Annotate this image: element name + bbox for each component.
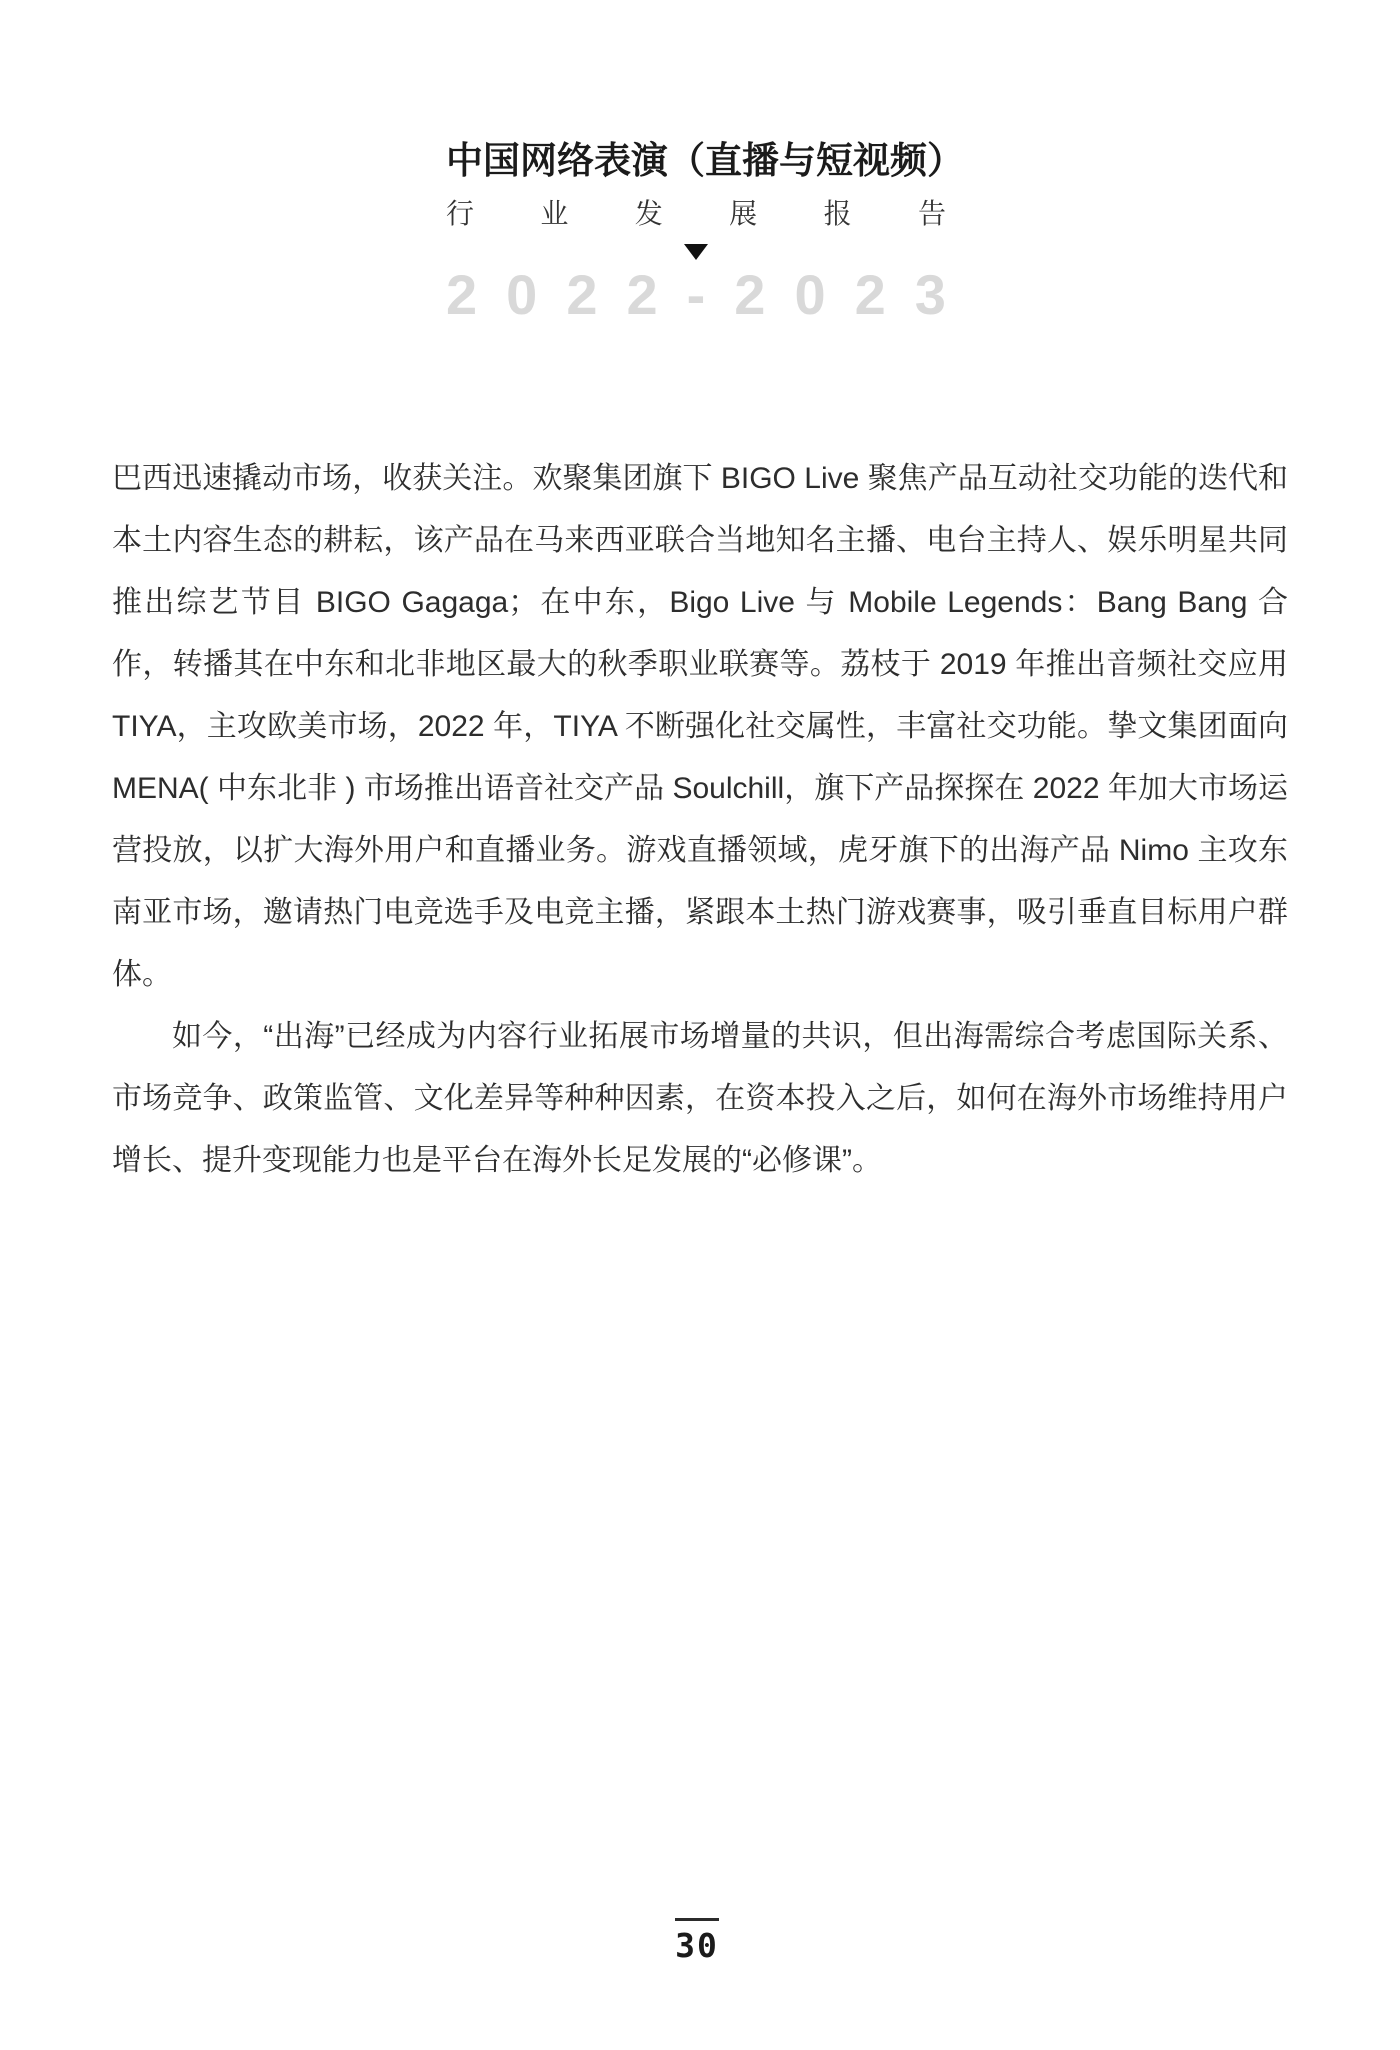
paragraph-conclusion: 如今，“出海”已经成为内容行业拓展市场增量的共识，但出海需综合考虑国际关系、市场… bbox=[112, 1006, 1288, 1192]
page-number: 30 bbox=[647, 1926, 747, 1965]
char: 0 bbox=[506, 266, 537, 324]
char: 0 bbox=[794, 266, 825, 324]
report-page: 中国网络表演（直播与短视频） 行业发展报告 2022-2023 巴西迅速撬动市场… bbox=[0, 0, 1400, 2050]
page-footer: 30 bbox=[647, 1918, 747, 1965]
report-title: 中国网络表演（直播与短视频） bbox=[446, 138, 946, 184]
char: 告 bbox=[918, 192, 946, 232]
char: 2 bbox=[446, 266, 477, 324]
report-years: 2022-2023 bbox=[446, 266, 946, 324]
report-header: 中国网络表演（直播与短视频） 行业发展报告 2022-2023 bbox=[446, 138, 946, 324]
char: 2 bbox=[566, 266, 597, 324]
char: - bbox=[687, 266, 706, 324]
char: 2 bbox=[734, 266, 765, 324]
page-number-rule bbox=[675, 1918, 719, 1921]
char: 报 bbox=[824, 192, 852, 232]
char: 发 bbox=[635, 192, 663, 232]
char: 业 bbox=[540, 192, 568, 232]
char: 2 bbox=[626, 266, 657, 324]
char: 展 bbox=[729, 192, 757, 232]
triangle-down-icon bbox=[684, 244, 708, 260]
char: 2 bbox=[855, 266, 886, 324]
paragraph-overseas-platforms: 巴西迅速撬动市场，收获关注。欢聚集团旗下 BIGO Live 聚焦产品互动社交功… bbox=[112, 448, 1288, 1006]
report-subtitle: 行业发展报告 bbox=[446, 192, 946, 232]
page-body: 巴西迅速撬动市场，收获关注。欢聚集团旗下 BIGO Live 聚焦产品互动社交功… bbox=[112, 448, 1288, 1192]
char: 3 bbox=[915, 266, 946, 324]
char: 行 bbox=[446, 192, 474, 232]
